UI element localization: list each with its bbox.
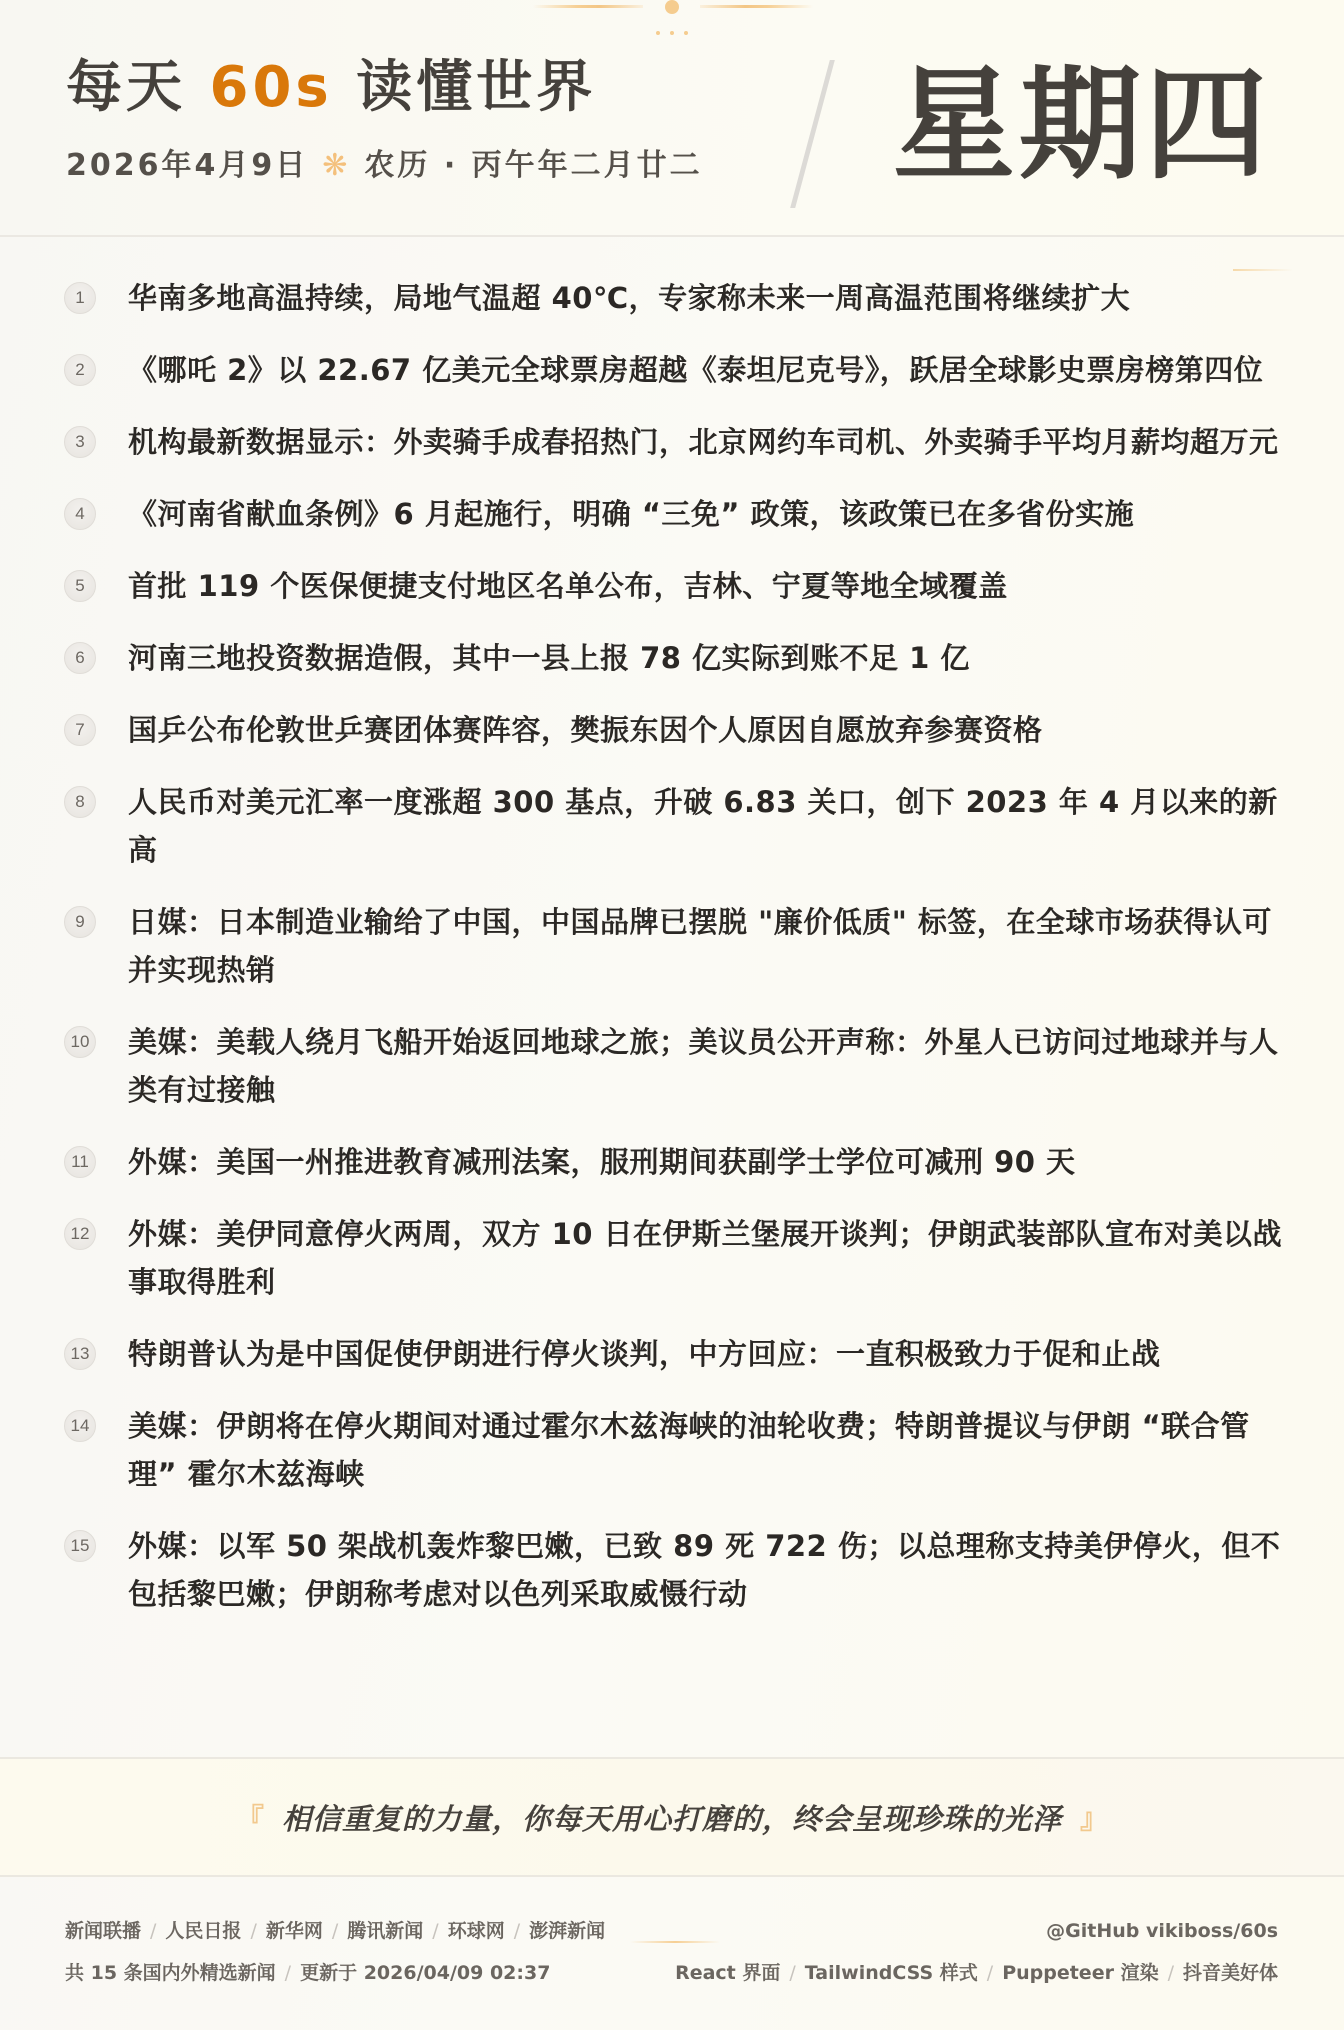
news-index-badge: 14 — [64, 1410, 96, 1442]
title-suffix: 读懂世界 — [356, 55, 596, 120]
news-headline: 特朗普认为是中国促使伊朗进行停火谈判，中方回应：一直积极致力于促和止战 — [128, 1330, 1284, 1378]
source-name: 新华网 — [266, 1920, 323, 1942]
page-title: 每天 60s 读懂世界 — [66, 52, 596, 124]
github-link[interactable]: @GitHub vikiboss/60s — [1046, 1918, 1278, 1944]
top-decoration — [533, 0, 813, 44]
news-item: 14美媒：伊朗将在停火期间对通过霍尔木兹海峡的油轮收费；特朗普提议与伊朗 “联合… — [0, 1402, 1344, 1498]
separator: / — [250, 1920, 256, 1942]
header: 每天 60s 读懂世界 2026年4月9日❋农历 · 丙午年二月廿二 星期四 — [0, 0, 1344, 237]
news-index-badge: 2 — [64, 354, 96, 386]
news-item: 9日媒：日本制造业输给了中国，中国品牌已摆脱 "廉价低质" 标签，在全球市场获得… — [0, 898, 1344, 994]
source-name: 新闻联播 — [65, 1920, 141, 1942]
news-headline: 外媒：以军 50 架战机轰炸黎巴嫩，已致 89 死 722 伤；以总理称支持美伊… — [128, 1522, 1284, 1618]
lunar-date: 农历 · 丙午年二月廿二 — [364, 148, 702, 183]
news-item: 12外媒：美伊同意停火两周，双方 10 日在伊斯兰堡展开谈判；伊朗武装部队宣布对… — [0, 1210, 1344, 1306]
footer: 新闻联播/人民日报/新华网/腾讯新闻/环球网/澎湃新闻 共 15 条国内外精选新… — [0, 1877, 1344, 2030]
news-index-badge: 3 — [64, 426, 96, 458]
source-name: 澎湃新闻 — [529, 1920, 605, 1942]
news-item: 10美媒：美载人绕月飞船开始返回地球之旅；美议员公开声称：外星人已访问过地球并与… — [0, 1018, 1344, 1114]
source-name: 腾讯新闻 — [347, 1920, 423, 1942]
tech-credit: TailwindCSS 样式 — [805, 1962, 978, 1984]
news-index-badge: 12 — [64, 1218, 96, 1250]
news-headline: 人民币对美元汇率一度涨超 300 基点，升破 6.83 关口，创下 2023 年… — [128, 778, 1284, 874]
news-index-badge: 1 — [64, 282, 96, 314]
news-item: 13特朗普认为是中国促使伊朗进行停火谈判，中方回应：一直积极致力于促和止战 — [0, 1330, 1344, 1378]
news-item: 11外媒：美国一州推进教育减刑法案，服刑期间获副学士学位可减刑 90 天 — [0, 1138, 1344, 1186]
news-index-badge: 11 — [64, 1146, 96, 1178]
news-item: 6河南三地投资数据造假，其中一县上报 78 亿实际到账不足 1 亿 — [0, 634, 1344, 682]
news-list: 1华南多地高温持续，局地气温超 40℃，专家称未来一周高温范围将继续扩大2《哪吒… — [0, 274, 1344, 1642]
news-headline: 机构最新数据显示：外卖骑手成春招热门，北京网约车司机、外卖骑手平均月薪均超万元 — [128, 418, 1284, 466]
decorative-line — [700, 5, 813, 8]
news-item: 4《河南省献血条例》6 月起施行，明确 “三免” 政策，该政策已在多省份实施 — [0, 490, 1344, 538]
news-index-badge: 13 — [64, 1338, 96, 1370]
separator: / — [332, 1920, 338, 1942]
news-headline: 外媒：美国一州推进教育减刑法案，服刑期间获副学士学位可减刑 90 天 — [128, 1138, 1284, 1186]
news-index-badge: 7 — [64, 714, 96, 746]
news-item: 5首批 119 个医保便捷支付地区名单公布，吉林、宁夏等地全域覆盖 — [0, 562, 1344, 610]
news-headline: 美媒：伊朗将在停火期间对通过霍尔木兹海峡的油轮收费；特朗普提议与伊朗 “联合管理… — [128, 1402, 1284, 1498]
news-item: 15外媒：以军 50 架战机轰炸黎巴嫩，已致 89 死 722 伤；以总理称支持… — [0, 1522, 1344, 1618]
news-headline: 河南三地投资数据造假，其中一县上报 78 亿实际到账不足 1 亿 — [128, 634, 1284, 682]
separator: / — [285, 1962, 291, 1984]
news-headline: 美媒：美载人绕月飞船开始返回地球之旅；美议员公开声称：外星人已访问过地球并与人类… — [128, 1018, 1284, 1114]
separator: / — [150, 1920, 156, 1942]
title-accent: 60s — [210, 55, 333, 120]
news-index-badge: 8 — [64, 786, 96, 818]
decorative-circle-icon — [665, 0, 679, 14]
news-item: 2《哪吒 2》以 22.67 亿美元全球票房超越《泰坦尼克号》，跃居全球影史票房… — [0, 346, 1344, 394]
tech-credit: Puppeteer 渲染 — [1002, 1962, 1158, 1984]
news-headline: 日媒：日本制造业输给了中国，中国品牌已摆脱 "廉价低质" 标签，在全球市场获得认… — [128, 898, 1284, 994]
asterisk-icon: ❋ — [322, 148, 350, 183]
news-card: 每天 60s 读懂世界 2026年4月9日❋农历 · 丙午年二月廿二 星期四 1… — [0, 0, 1344, 2030]
news-item: 7国乒公布伦敦世乒赛团体赛阵容，樊振东因个人原因自愿放弃参赛资格 — [0, 706, 1344, 754]
title-prefix: 每天 — [66, 55, 186, 120]
news-index-badge: 5 — [64, 570, 96, 602]
news-index-badge: 9 — [64, 906, 96, 938]
quote-close-icon: 』 — [1080, 1797, 1108, 1837]
decorative-line — [533, 5, 643, 8]
tech-credit: 抖音美好体 — [1183, 1962, 1278, 1984]
news-headline: 《哪吒 2》以 22.67 亿美元全球票房超越《泰坦尼克号》，跃居全球影史票房榜… — [128, 346, 1284, 394]
date-line: 2026年4月9日❋农历 · 丙午年二月廿二 — [66, 146, 703, 186]
gregorian-date: 2026年4月9日 — [66, 148, 308, 183]
news-index-badge: 15 — [64, 1530, 96, 1562]
divider-slash — [790, 60, 835, 208]
separator: / — [987, 1962, 993, 1984]
decorative-line — [630, 1941, 720, 1943]
decorative-dots-icon — [656, 31, 688, 37]
quote-section: 『 相信重复的力量，你每天用心打磨的，终会呈现珍珠的光泽 』 — [0, 1757, 1344, 1877]
source-list: 新闻联播/人民日报/新华网/腾讯新闻/环球网/澎湃新闻 — [65, 1918, 605, 1944]
news-headline: 国乒公布伦敦世乒赛团体赛阵容，樊振东因个人原因自愿放弃参赛资格 — [128, 706, 1284, 754]
daily-quote: 相信重复的力量，你每天用心打磨的，终会呈现珍珠的光泽 — [282, 1797, 1062, 1838]
tech-credits: React 界面/TailwindCSS 样式/Puppeteer 渲染/抖音美… — [675, 1960, 1278, 1986]
news-index-badge: 10 — [64, 1026, 96, 1058]
source-name: 人民日报 — [165, 1920, 241, 1942]
updated-time: 更新于 2026/04/09 02:37 — [300, 1962, 550, 1984]
weekday: 星期四 — [893, 50, 1271, 200]
separator: / — [514, 1920, 520, 1942]
news-headline: 《河南省献血条例》6 月起施行，明确 “三免” 政策，该政策已在多省份实施 — [128, 490, 1284, 538]
news-headline: 首批 119 个医保便捷支付地区名单公布，吉林、宁夏等地全域覆盖 — [128, 562, 1284, 610]
news-index-badge: 6 — [64, 642, 96, 674]
news-item: 3机构最新数据显示：外卖骑手成春招热门，北京网约车司机、外卖骑手平均月薪均超万元 — [0, 418, 1344, 466]
news-item: 8人民币对美元汇率一度涨超 300 基点，升破 6.83 关口，创下 2023 … — [0, 778, 1344, 874]
quote-open-icon: 『 — [236, 1797, 264, 1837]
tech-credit: React 界面 — [675, 1962, 780, 1984]
source-name: 环球网 — [448, 1920, 505, 1942]
separator: / — [789, 1962, 795, 1984]
news-headline: 华南多地高温持续，局地气温超 40℃，专家称未来一周高温范围将继续扩大 — [128, 274, 1284, 322]
separator: / — [1168, 1962, 1174, 1984]
news-item: 1华南多地高温持续，局地气温超 40℃，专家称未来一周高温范围将继续扩大 — [0, 274, 1344, 322]
news-meta: 共 15 条国内外精选新闻/更新于 2026/04/09 02:37 — [65, 1960, 550, 1986]
separator: / — [432, 1920, 438, 1942]
decorative-line — [1233, 269, 1293, 271]
news-count: 共 15 条国内外精选新闻 — [65, 1962, 276, 1984]
news-index-badge: 4 — [64, 498, 96, 530]
news-headline: 外媒：美伊同意停火两周，双方 10 日在伊斯兰堡展开谈判；伊朗武装部队宣布对美以… — [128, 1210, 1284, 1306]
